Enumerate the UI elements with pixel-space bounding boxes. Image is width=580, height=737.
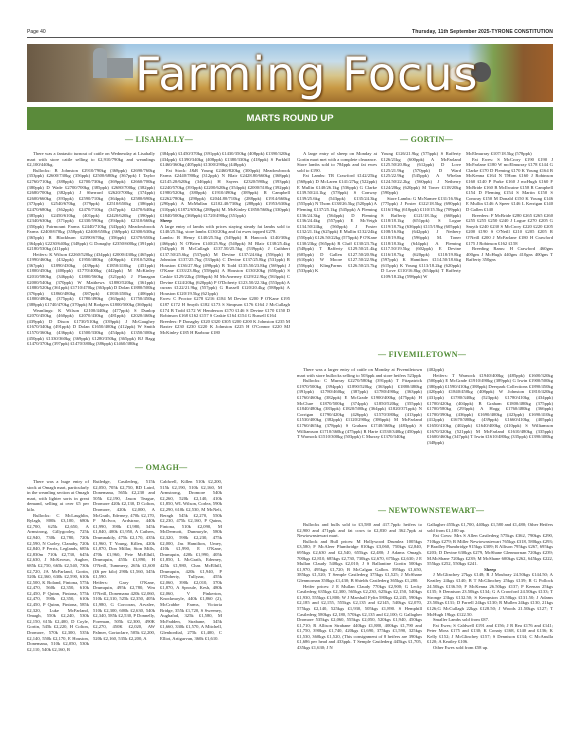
fivemiletown-column-1: There was a larger entry of cattle on Mo… (297, 367, 422, 440)
paragraph: Breeders: F McBride £280 £265 £265 £260 … (466, 213, 553, 247)
paragraph: A large entry of lambs with prices stayi… (160, 224, 290, 235)
gortin-column-1: A large entry of sheep on Monday at Gort… (297, 151, 377, 274)
paragraph: Other Ewes sold from £58 up. (427, 645, 553, 651)
paragraph: Heifers: T Warnock £1940/400kg (485ppk) … (427, 373, 553, 446)
paragraph: Bullocks: B Johnston £2910/790kg (368ppk… (27, 168, 155, 252)
paragraph: There was a fantastic turnout of cattle … (27, 151, 155, 168)
page-number: Page 40 (27, 29, 46, 35)
paragraph: Weanlings: K Wilson £2100/440kg (477ppk)… (27, 308, 155, 347)
omagh-column-1: There was a huge entry of stock at Omagh… (27, 479, 89, 652)
paragraph: Ewes: C Proctor £278 £216 £184 M Devine … (160, 296, 290, 318)
paragraph: Bullocks and bulls sold to £3,580 and 41… (297, 522, 422, 539)
paragraph: Young £126/21.9kg (575ppk) S Rafferty £1… (381, 151, 461, 196)
barn-graphic (107, 58, 133, 78)
banner-title: Farming Focus (135, 46, 478, 102)
gortin-column-2: Young £126/21.9kg (575ppk) S Rafferty £1… (381, 151, 461, 280)
paragraph: (384ppk) £1450/370kg (391ppk) £1430/350k… (160, 151, 290, 168)
paragraph: Heifers: Gary O'Kane, Drumquin, 495k £2,… (93, 580, 155, 642)
paragraph: Fat Ewes; S Caldwell £191 and £156; J R … (427, 623, 553, 645)
paragraph: Breeding Rams: H Crawford 460gns 400gns … (466, 246, 553, 263)
section-bar: MARTS ROUND UP (27, 107, 553, 130)
paragraph: Caldwell, Killen 510k £2,200, 515k £2,19… (160, 479, 222, 641)
paragraph: Bullocks: C McLaughlin, Rylagh, 800k £3,… (27, 513, 89, 653)
newtownstewart-column-2: Gallagher 455kgs £1,700, 440kgs £1,580 a… (427, 522, 553, 651)
section-heading-lisahally: — LISAHALLY— (125, 135, 193, 144)
paragraph: Rutledge, Castlederg, 515k £2,050, 705k … (93, 479, 155, 580)
farming-focus-banner: Farming Focus (27, 44, 553, 102)
paragraph: Fat Stock: J&R Young £2460/820kg (300ppk… (160, 168, 290, 218)
lisahally-column-1: There was a fantastic turnout of cattle … (27, 151, 155, 347)
fivemiletown-column-2: (402ppk) Heifers: T Warnock £1940/400kg … (427, 367, 553, 445)
section-heading-newtownstewart: — NEWTOWNSTEWART— (378, 506, 484, 515)
paragraph: Heifer prices: J E Mullan Claudy 770kgs … (297, 584, 422, 651)
lisahally-column-2: (384ppk) £1450/370kg (391ppk) £1430/350k… (160, 151, 290, 336)
paragraph: J McGlinchey 27kgs £148; R J Moubray 24.… (427, 572, 553, 617)
newtownstewart-column-1: Bullocks and bulls sold to £3,580 and 41… (297, 522, 422, 651)
paragraph: Fat Lambs: TR Crawford £142/25kg (568ppk… (297, 173, 377, 274)
paragraph: Bullock and Bull prices: M Hollywood Dru… (297, 539, 422, 584)
paragraph: Gallagher 455kgs £1,700, 440kgs £1,580 a… (427, 522, 553, 533)
paragraph: There was a larger entry of cattle on Mo… (297, 367, 422, 378)
omagh-column-3: Caldwell, Killen 510k £2,200, 515k £2,19… (160, 479, 222, 641)
paragraph: Breeders: P Donaghy £320 £320 £305 £200 … (160, 319, 290, 336)
section-heading-gortin: — GORTIN— (400, 135, 453, 144)
section-heading-omagh: — OMAGH— (135, 463, 187, 472)
paragraph: A large entry of sheep on Monday at Gort… (297, 151, 377, 173)
paragraph: Store Lambs: G McNamee £131/16.9kg (775p… (381, 196, 461, 280)
gortin-column-3: McElmurray £107/18.5kg (578ppk) Fat Ewes… (466, 151, 553, 263)
paragraph: Fat Ewes: S McCrory £190 £190 J McFarlan… (466, 157, 553, 213)
section-heading-fivemiletown: — FIVEMILETOWN— (378, 350, 466, 359)
paragraph: Heifers: K Wilson £2260/520kg (434ppk) £… (27, 252, 155, 308)
omagh-column-2: Rutledge, Castlederg, 515k £2,050, 705k … (93, 479, 155, 641)
dateline: Thursday, 11th September 2025-TYRONE CON… (412, 29, 553, 35)
page-header: Page 40 Thursday, 11th September 2025-TY… (27, 27, 553, 38)
paragraph: Fat Cows: Mrs S Allen Castlederg 575kgs … (427, 533, 553, 567)
paragraph: Bullocks: C Murray £2270/580kg (391ppk) … (297, 378, 422, 440)
silo-graphic (93, 48, 107, 78)
paragraph: Lambs: R Henry £140/25.5kg (549ppk) R Ha… (160, 235, 290, 297)
paragraph: There was a huge entry of stock at Omagh… (27, 479, 89, 513)
